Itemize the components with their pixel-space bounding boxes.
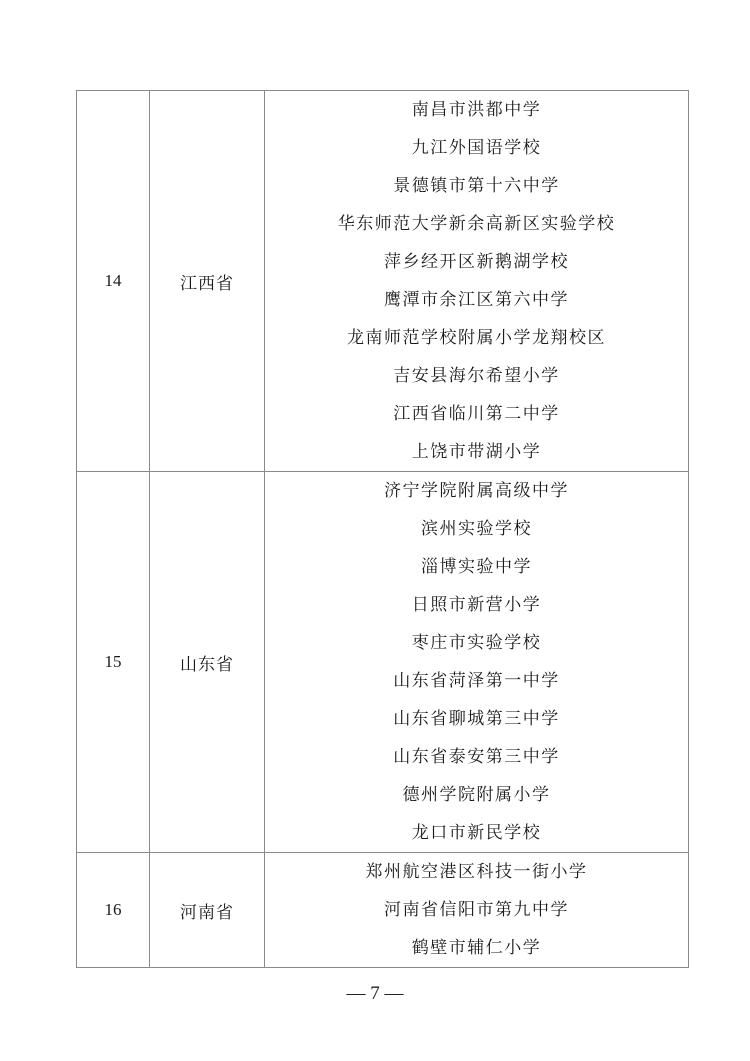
row-number: 14 [77, 91, 150, 472]
school-list-table: 14 江西省 南昌市洪都中学 九江外国语学校 景德镇市第十六中学 华东师范大学新… [76, 90, 689, 968]
school-list-cell: 郑州航空港区科技一街小学 河南省信阳市第九中学 鹤壁市辅仁小学 [265, 853, 689, 968]
school-name: 景德镇市第十六中学 [265, 167, 688, 205]
school-name: 山东省泰安第三中学 [265, 738, 688, 776]
school-name: 淄博实验中学 [265, 548, 688, 586]
page-number: — 7 — [0, 983, 750, 1005]
school-name: 龙口市新民学校 [265, 814, 688, 852]
school-name: 鹰潭市余江区第六中学 [265, 281, 688, 319]
school-name: 九江外国语学校 [265, 129, 688, 167]
table-row-group-14: 14 江西省 南昌市洪都中学 九江外国语学校 景德镇市第十六中学 华东师范大学新… [77, 91, 689, 472]
table-row-group-16: 16 河南省 郑州航空港区科技一街小学 河南省信阳市第九中学 鹤壁市辅仁小学 [77, 853, 689, 968]
row-number: 16 [77, 853, 150, 968]
school-name: 济宁学院附属高级中学 [265, 472, 688, 510]
table-row-group-15: 15 山东省 济宁学院附属高级中学 滨州实验学校 淄博实验中学 日照市新营小学 … [77, 472, 689, 853]
province-name: 山东省 [150, 472, 265, 853]
school-name: 日照市新营小学 [265, 586, 688, 624]
school-name: 山东省聊城第三中学 [265, 700, 688, 738]
school-list-cell: 南昌市洪都中学 九江外国语学校 景德镇市第十六中学 华东师范大学新余高新区实验学… [265, 91, 689, 472]
school-name: 上饶市带湖小学 [265, 433, 688, 471]
row-number: 15 [77, 472, 150, 853]
school-name: 德州学院附属小学 [265, 776, 688, 814]
school-name: 滨州实验学校 [265, 510, 688, 548]
school-name: 华东师范大学新余高新区实验学校 [265, 205, 688, 243]
province-name: 河南省 [150, 853, 265, 968]
school-name: 萍乡经开区新鹅湖学校 [265, 243, 688, 281]
province-name: 江西省 [150, 91, 265, 472]
school-name: 江西省临川第二中学 [265, 395, 688, 433]
school-name: 山东省菏泽第一中学 [265, 662, 688, 700]
school-name: 河南省信阳市第九中学 [265, 891, 688, 929]
school-name: 郑州航空港区科技一街小学 [265, 853, 688, 891]
school-name: 南昌市洪都中学 [265, 91, 688, 129]
school-name: 吉安县海尔希望小学 [265, 357, 688, 395]
school-name: 鹤壁市辅仁小学 [265, 929, 688, 967]
school-name: 枣庄市实验学校 [265, 624, 688, 662]
school-name: 龙南师范学校附属小学龙翔校区 [265, 319, 688, 357]
school-list-cell: 济宁学院附属高级中学 滨州实验学校 淄博实验中学 日照市新营小学 枣庄市实验学校… [265, 472, 689, 853]
